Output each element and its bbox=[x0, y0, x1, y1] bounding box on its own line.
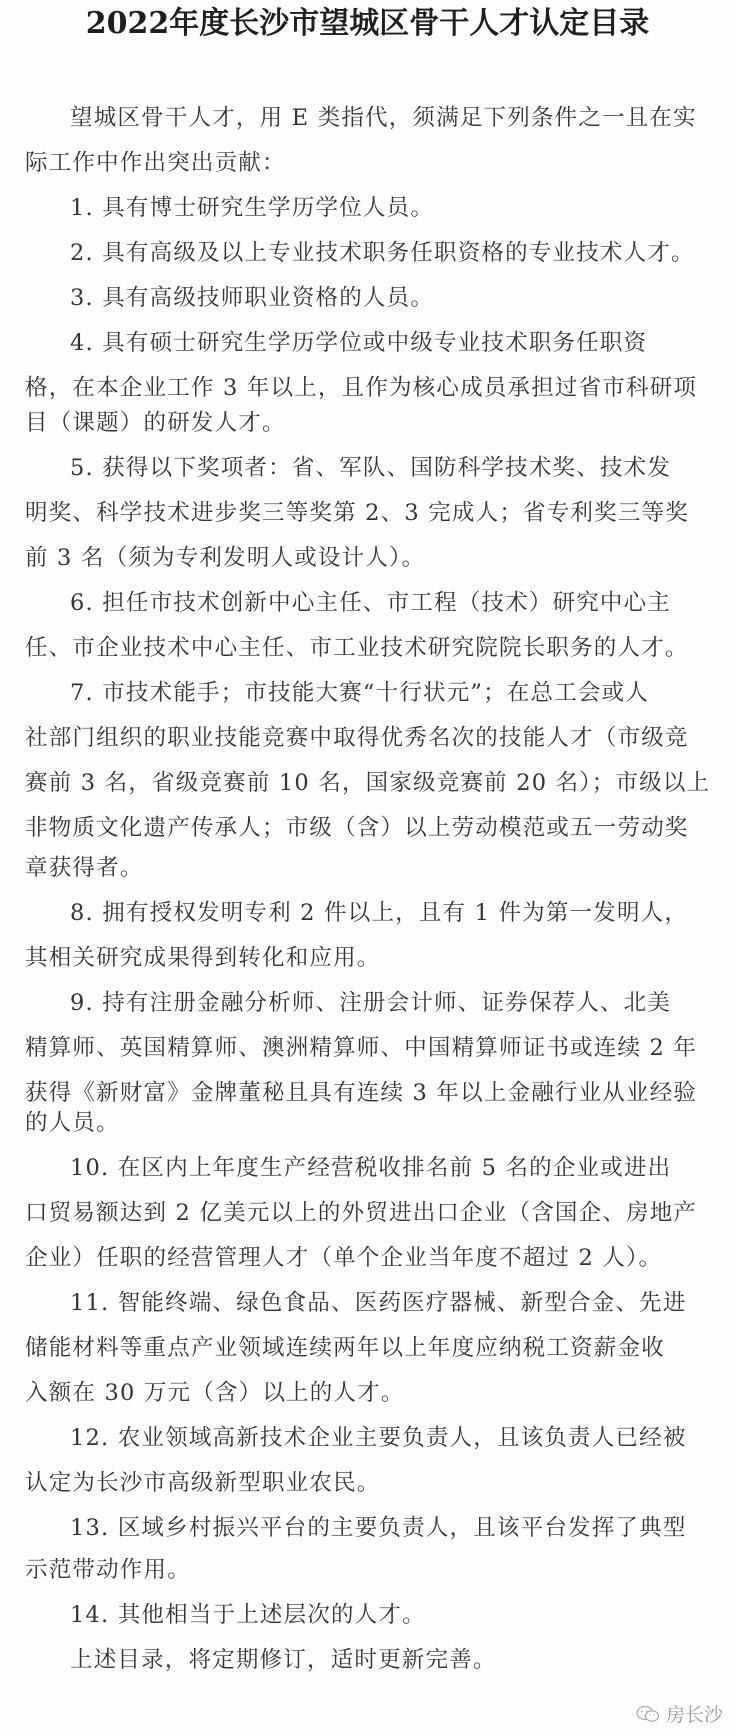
document-line: 明奖、科学技术进步奖三等奖第 2、3 完成人；省专利奖三等奖 bbox=[25, 498, 715, 528]
document-line: 5. 获得以下奖项者：省、军队、国防科学技术奖、技术发 bbox=[70, 453, 715, 483]
document-line: 4. 具有硕士研究生学历学位或中级专业技术职务任职资 bbox=[70, 328, 715, 358]
document-line: 其相关研究成果得到转化和应用。 bbox=[25, 943, 715, 973]
document-line: 8. 拥有授权发明专利 2 件以上，且有 1 件为第一发明人， bbox=[70, 898, 715, 928]
document-line: 示范带动作用。 bbox=[25, 1555, 715, 1585]
document-line: 格，在本企业工作 3 年以上，且作为核心成员承担过省市科研项 bbox=[25, 373, 715, 403]
document-line: 1. 具有博士研究生学历学位人员。 bbox=[70, 193, 715, 223]
document-line: 的人员。 bbox=[25, 1108, 715, 1138]
document-line: 10. 在区内上年度生产经营税收排名前 5 名的企业或进出 bbox=[70, 1153, 715, 1183]
document-line: 企业）任职的经营管理人才（单个企业当年度不超过 2 人）。 bbox=[25, 1243, 715, 1273]
document-line: 入额在 30 万元（含）以上的人才。 bbox=[25, 1378, 715, 1408]
document-line: 11. 智能终端、绿色食品、医药医疗器械、新型合金、先进 bbox=[70, 1288, 715, 1318]
document-line: 任、市企业技术中心主任、市工业技术研究院院长职务的人才。 bbox=[25, 633, 715, 663]
watermark-label: 房长沙 bbox=[666, 1700, 723, 1727]
document-line: 上述目录，将定期修订，适时更新完善。 bbox=[70, 1645, 715, 1675]
document-title: 2022年度长沙市望城区骨干人才认定目录 bbox=[0, 4, 735, 44]
document-line: 13. 区域乡村振兴平台的主要负责人，且该平台发挥了典型 bbox=[70, 1513, 715, 1543]
document-line: 际工作中作出突出贡献： bbox=[25, 148, 715, 178]
document-page: 2022年度长沙市望城区骨干人才认定目录 望城区骨干人才，用 E 类指代，须满足… bbox=[0, 0, 735, 1735]
document-line: 非物质文化遗产传承人；市级（含）以上劳动模范或五一劳动奖 bbox=[25, 813, 715, 843]
document-line: 口贸易额达到 2 亿美元以上的外贸进出口企业（含国企、房地产 bbox=[25, 1198, 715, 1228]
document-line: 获得《新财富》金牌董秘且具有连续 3 年以上金融行业从业经验 bbox=[25, 1078, 715, 1108]
document-line: 2. 具有高级及以上专业技术职务任职资格的专业技术人才。 bbox=[70, 238, 715, 268]
document-line: 6. 担任市技术创新中心主任、市工程（技术）研究中心主 bbox=[70, 588, 715, 618]
document-line: 精算师、英国精算师、澳洲精算师、中国精算师证书或连续 2 年 bbox=[25, 1033, 715, 1063]
document-line: 目（课题）的研发人才。 bbox=[25, 408, 715, 438]
document-line: 望城区骨干人才，用 E 类指代，须满足下列条件之一且在实 bbox=[70, 103, 715, 133]
document-line: 前 3 名（须为专利发明人或设计人）。 bbox=[25, 543, 715, 573]
document-line: 认定为长沙市高级新型职业农民。 bbox=[25, 1468, 715, 1498]
wechat-icon bbox=[636, 1705, 660, 1723]
document-line: 社部门组织的职业技能竞赛中取得优秀名次的技能人才（市级竞 bbox=[25, 723, 715, 753]
document-line: 12. 农业领域高新技术企业主要负责人，且该负责人已经被 bbox=[70, 1423, 715, 1453]
document-line: 14. 其他相当于上述层次的人才。 bbox=[70, 1600, 715, 1630]
document-line: 章获得者。 bbox=[25, 853, 715, 883]
document-line: 7. 市技术能手；市技能大赛“十行状元”；在总工会或人 bbox=[70, 678, 715, 708]
document-line: 9. 持有注册金融分析师、注册会计师、证券保荐人、北美 bbox=[70, 988, 715, 1018]
watermark: 房长沙 bbox=[636, 1700, 723, 1727]
document-line: 3. 具有高级技师职业资格的人员。 bbox=[70, 283, 715, 313]
document-line: 赛前 3 名，省级竞赛前 10 名，国家级竞赛前 20 名）；市级以上 bbox=[25, 768, 715, 798]
document-line: 储能材料等重点产业领域连续两年以上年度应纳税工资薪金收 bbox=[25, 1333, 715, 1363]
